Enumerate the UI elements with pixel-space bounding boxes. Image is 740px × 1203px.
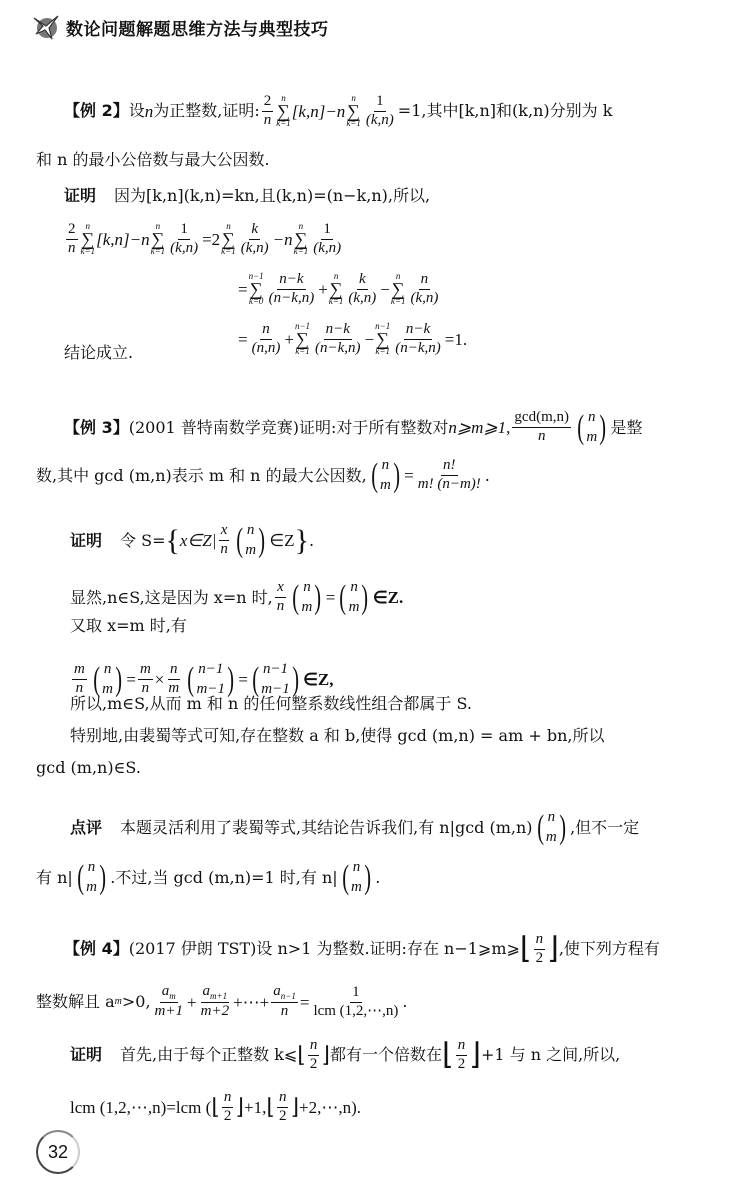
lcm-equation: lcm (1,2,⋯,n)=lcm ( ⌊n2⌋ +1, ⌊n2⌋ +2,⋯,n… xyxy=(70,1090,361,1125)
take-line: 又取 x=m 时,有 xyxy=(70,618,187,634)
text: 因为[k,n](k,n)=kn,且(k,n)=(n−k,n),所以, xyxy=(114,188,430,204)
comment-line-2: 有 n| (nm) .不过,当 gcd (m,n)=1 时,有 n| (nm) … xyxy=(36,858,380,897)
page-number: 32 xyxy=(36,1130,80,1174)
text: 是整 xyxy=(611,420,643,436)
example4-proof: 证明 首先,由于每个正整数 k⩽ ⌊n2⌋ 都有一个倍数在 ⌊n2⌋ +1 与 … xyxy=(70,1038,620,1073)
gcd-in-S-line: gcd (m,n)∈S. xyxy=(36,760,141,776)
example-label: 【例 4】 xyxy=(64,941,129,957)
equation-row-1: 2n n∑k=1 [k,n] −n n∑k=1 1(k,n) =2 n∑k=1 … xyxy=(64,222,345,257)
text: =1,其中[k,n]和(k,n)分别为 k xyxy=(398,103,613,119)
example3-statement-line2: 数,其中 gcd (m,n)表示 m 和 n 的最大公因数, (nm) = n!… xyxy=(36,456,490,495)
example2-statement-line2: 和 n 的最小公倍数与最大公因数. xyxy=(36,152,270,168)
fraction: 1(k,n) xyxy=(364,94,396,129)
running-header: 数论问题解题思维方法与典型技巧 xyxy=(32,14,329,40)
proof-label: 证明 xyxy=(70,1047,102,1063)
example4-equation: 整数解且 am >0, amm+1 + am+1m+2 +⋯+ an−1n = … xyxy=(36,984,408,1020)
text: 为正整数,证明: xyxy=(153,103,259,119)
sum-symbol: n∑k=1 xyxy=(346,94,361,128)
text: 设 xyxy=(129,103,145,119)
example4-statement: 【例 4】 (2017 伊朗 TST)设 n>1 为整数.证明:存在 n−1⩾m… xyxy=(64,932,660,967)
comment-label: 点评 xyxy=(70,820,102,836)
proof-label: 证明 xyxy=(64,188,96,204)
equation-row-2: = n−1∑k=0 n−k(n−k,n) + n∑k=1 k(k,n) − n∑… xyxy=(238,272,442,307)
math: −n xyxy=(325,103,345,120)
math: [k,n] xyxy=(292,103,326,120)
example3-statement: 【例 3】 (2001 普特南数学竞赛)证明:对于所有整数对 n⩾m⩾1, gc… xyxy=(64,408,643,447)
conclusion: 结论成立. xyxy=(64,345,133,361)
equation-row-3: = n(n,n) + n−1∑k=1 n−k(n−k,n) − n−1∑k=1 … xyxy=(238,322,467,357)
text: (2001 普特南数学竞赛)证明:对于所有整数对 xyxy=(129,420,449,436)
book-logo-icon xyxy=(32,14,60,40)
math: n⩾m⩾1, xyxy=(448,419,510,436)
var: n xyxy=(145,103,154,120)
so-line: 所以,m∈S,从而 m 和 n 的任何整系数线性组合都属于 S. xyxy=(70,696,472,712)
comment-line: 点评 本题灵活利用了裴蜀等式,其结论告诉我们,有 n|gcd (m,n) (nm… xyxy=(70,808,639,847)
fraction: 2n xyxy=(262,94,274,129)
sum-symbol: n∑k=1 xyxy=(276,94,291,128)
book-title: 数论问题解题思维方法与典型技巧 xyxy=(66,15,329,40)
proof-line: 证明 因为[k,n](k,n)=kn,且(k,n)=(n−k,n),所以, xyxy=(64,188,430,204)
proof-label: 证明 xyxy=(70,533,102,549)
example2-statement: 【例 2】 设 n 为正整数,证明: 2n n∑k=1 [k,n] −n n∑k… xyxy=(64,94,612,129)
bezout-line: 特别地,由裴蜀等式可知,存在整数 a 和 b,使得 gcd (m,n) = am… xyxy=(70,728,604,744)
example-label: 【例 3】 xyxy=(64,420,129,436)
obvious-line: 显然,n∈S,这是因为 x=n 时, xn (nm) = (nm) ∈Z. xyxy=(70,578,403,617)
set-definition: 证明 令 S= { x∈Z| xn (nm) ∈Z } . xyxy=(70,521,314,560)
example-label: 【例 2】 xyxy=(64,103,129,119)
